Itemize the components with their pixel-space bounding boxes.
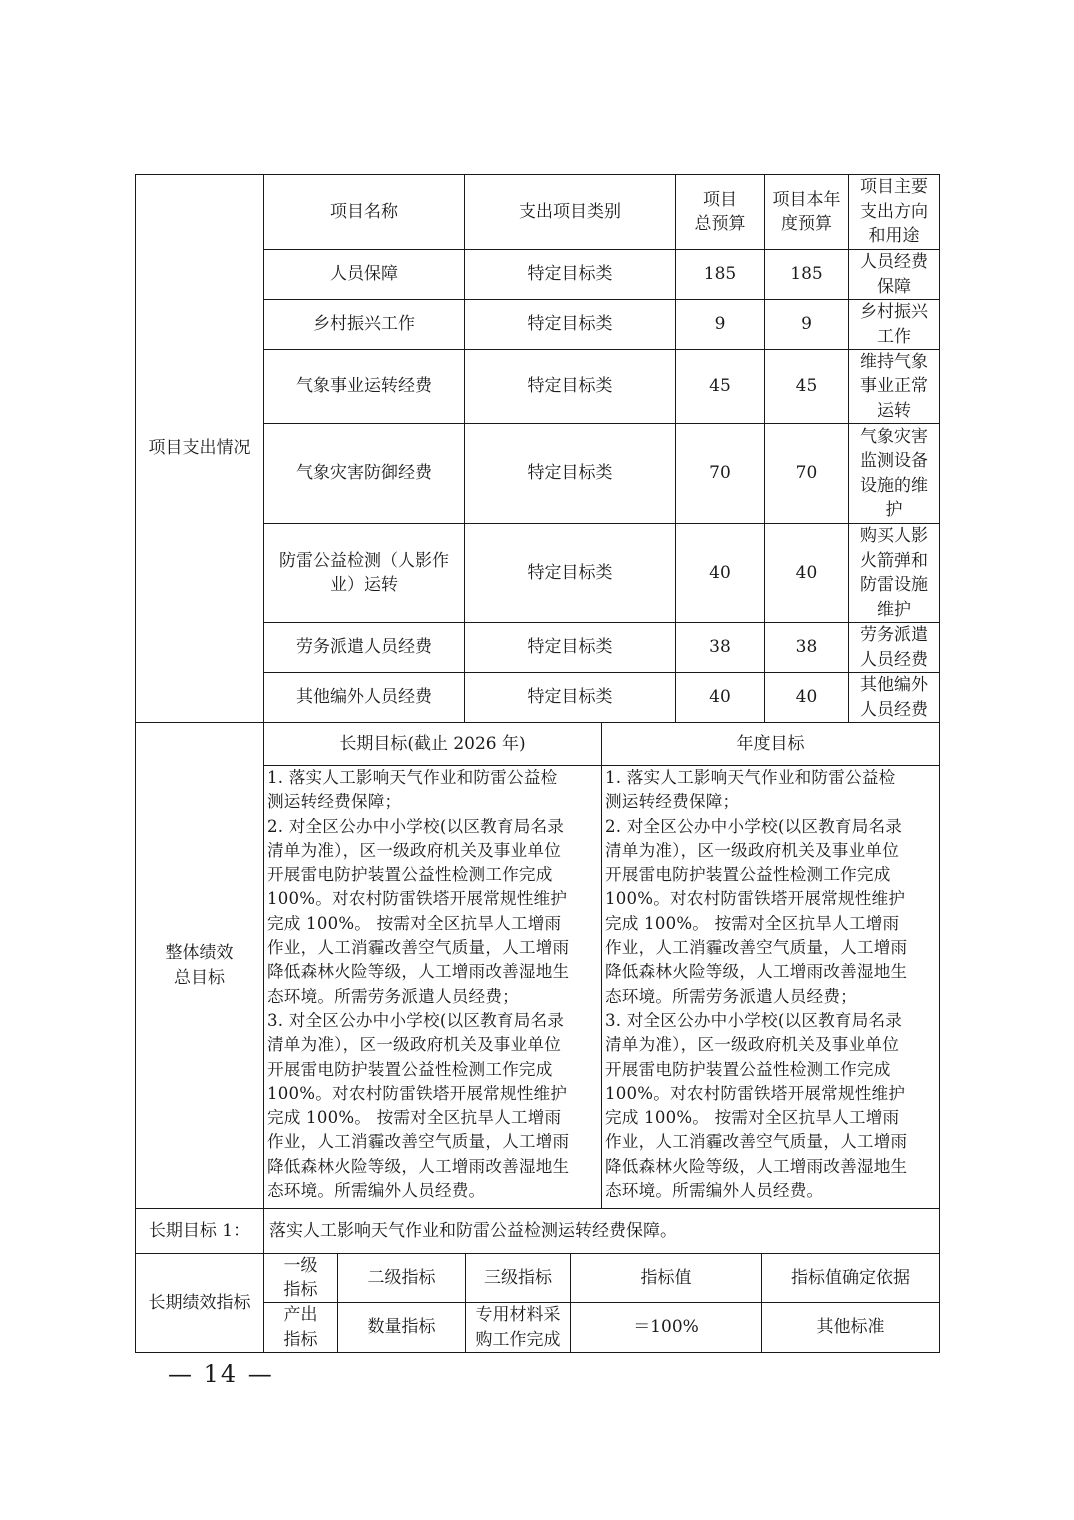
table-row-1-purpose: 乡村振兴工作 <box>848 299 940 350</box>
header-category-text: 支出项目类别 <box>519 200 621 225</box>
project-name-text: 气象灾害防御经费 <box>296 461 432 486</box>
table-row-4-total: 40 <box>675 523 765 623</box>
purpose-line: 其他编外 <box>860 673 928 698</box>
table-row-5-total: 38 <box>675 622 765 673</box>
category-text: 特定目标类 <box>528 685 613 710</box>
annual-goal-text: 1. 落实人工影响天气作业和防雷公益检 测运转经费保障； 2. 对全区公办中小学… <box>602 766 939 1203</box>
total-budget-value: 70 <box>709 461 731 486</box>
indicators-label: 长期绩效指标 <box>135 1253 264 1353</box>
total-budget-value: 45 <box>709 374 731 399</box>
annual-budget-value: 9 <box>801 312 812 337</box>
table-row-2-purpose: 维持气象事业正常运转 <box>848 349 940 424</box>
project-name-text: 其他编外人员经费 <box>296 685 432 710</box>
table-row-2-annual: 45 <box>764 349 849 424</box>
goal-line: 3. 对全区公办中小学校(以区教育局名录 <box>605 1009 936 1033</box>
indicator-row-0-level2: 数量指标 <box>337 1302 466 1353</box>
annual-budget-value: 40 <box>796 685 818 710</box>
project-name-text: 人员保障 <box>330 262 398 287</box>
long-term-goal-1-text-cell: 落实人工影响天气作业和防雷公益检测运转经费保障。 <box>263 1208 940 1254</box>
goal-line: 测运转经费保障； <box>267 790 598 814</box>
goal-line: 作业，人工消霾改善空气质量，人工增雨 <box>605 936 936 960</box>
long-term-goal-1-text: 落实人工影响天气作业和防雷公益检测运转经费保障。 <box>269 1219 677 1244</box>
indicator-value-text: ＝100% <box>633 1315 699 1340</box>
indicator-basis-text: 其他标准 <box>817 1315 885 1340</box>
table-row-6-name: 其他编外人员经费 <box>263 672 465 723</box>
long-term-goal-1-label-text: 长期目标 1： <box>149 1219 250 1244</box>
header-value-text: 指标值 <box>641 1266 692 1291</box>
goal-line: 开展雷电防护装置公益性检测工作完成 <box>605 863 936 887</box>
long-term-goal-header: 长期目标(截止 2026 年) <box>263 722 602 766</box>
goal-line: 3. 对全区公办中小学校(以区教育局名录 <box>267 1009 598 1033</box>
annual-goal-header: 年度目标 <box>601 722 940 766</box>
table-row-6-total: 40 <box>675 672 765 723</box>
table-row-0-category: 特定目标类 <box>464 249 676 300</box>
purpose-line: 劳务派遣 <box>860 623 928 648</box>
header-project-name-text: 项目名称 <box>330 200 398 225</box>
table-row-6-annual: 40 <box>764 672 849 723</box>
table-row-2-name: 气象事业运转经费 <box>263 349 465 424</box>
header-total-budget-line: 总预算 <box>695 212 746 237</box>
project-name-text: 防雷公益检测（人影作 <box>279 549 449 574</box>
header-annual-budget: 项目本年 度预算 <box>764 174 849 250</box>
goal-line: 态环境。所需编外人员经费。 <box>267 1179 598 1203</box>
total-budget-value: 40 <box>709 561 731 586</box>
header-annual-budget-line: 项目本年 <box>773 188 841 213</box>
table-row-5-name: 劳务派遣人员经费 <box>263 622 465 673</box>
goal-line: 1. 落实人工影响天气作业和防雷公益检 <box>605 766 936 790</box>
goal-line: 开展雷电防护装置公益性检测工作完成 <box>605 1058 936 1082</box>
table-row-6-purpose: 其他编外人员经费 <box>848 672 940 723</box>
table-row-1-annual: 9 <box>764 299 849 350</box>
purpose-line: 乡村振兴 <box>860 300 928 325</box>
purpose-line: 人员经费 <box>860 250 928 275</box>
level1-line: 产出 <box>284 1303 318 1328</box>
project-name-text: 气象事业运转经费 <box>296 374 432 399</box>
table-row-1-name: 乡村振兴工作 <box>263 299 465 350</box>
table-row-5-category: 特定目标类 <box>464 622 676 673</box>
purpose-line: 人员经费 <box>860 698 928 723</box>
purpose-line: 运转 <box>877 399 911 424</box>
table-row-4-annual: 40 <box>764 523 849 623</box>
goal-line: 降低森林火险等级，人工增雨改善湿地生 <box>267 1155 598 1179</box>
project-name-text: 业）运转 <box>330 573 398 598</box>
purpose-line: 维护 <box>877 598 911 623</box>
goal-line: 完成 100%。 按需对全区抗旱人工增雨 <box>267 1106 598 1130</box>
purpose-line: 设施的维 <box>860 474 928 499</box>
goal-line: 开展雷电防护装置公益性检测工作完成 <box>267 863 598 887</box>
annual-budget-value: 40 <box>796 561 818 586</box>
category-text: 特定目标类 <box>528 262 613 287</box>
project-name-text: 劳务派遣人员经费 <box>296 635 432 660</box>
goal-line: 清单为准），区一级政府机关及事业单位 <box>605 839 936 863</box>
purpose-line: 监测设备 <box>860 449 928 474</box>
header-total-budget-line: 项目 <box>703 188 737 213</box>
purpose-line: 保障 <box>877 275 911 300</box>
goals-section-label: 整体绩效 总目标 <box>135 722 264 1209</box>
goal-line: 1. 落实人工影响天气作业和防雷公益检 <box>267 766 598 790</box>
total-budget-value: 9 <box>715 312 726 337</box>
purpose-line: 护 <box>886 498 903 523</box>
header-level1-line: 一级 <box>284 1254 318 1279</box>
goal-line: 100%。对农村防雷铁塔开展常规性维护 <box>267 887 598 911</box>
page-number: — 14 — <box>168 1360 274 1388</box>
indicators-label-text: 长期绩效指标 <box>149 1291 251 1316</box>
header-category: 支出项目类别 <box>464 174 676 250</box>
category-text: 特定目标类 <box>528 635 613 660</box>
table-row-2-total: 45 <box>675 349 765 424</box>
purpose-line: 火箭弹和 <box>860 549 928 574</box>
purpose-line: 人员经费 <box>860 648 928 673</box>
long-term-goal-header-text: 长期目标(截止 2026 年) <box>339 732 525 757</box>
table-row-5-purpose: 劳务派遣人员经费 <box>848 622 940 673</box>
level3-line: 专用材料采 <box>476 1303 561 1328</box>
goal-line: 态环境。所需劳务派遣人员经费； <box>267 985 598 1009</box>
table-row-4-name: 防雷公益检测（人影作业）运转 <box>263 523 465 623</box>
header-level2: 二级指标 <box>337 1253 466 1303</box>
header-purpose-line: 和用途 <box>869 224 920 249</box>
goal-line: 态环境。所需编外人员经费。 <box>605 1179 936 1203</box>
goal-line: 清单为准），区一级政府机关及事业单位 <box>267 839 598 863</box>
goals-section-label-line: 总目标 <box>174 966 225 991</box>
header-level3: 三级指标 <box>465 1253 571 1303</box>
header-level2-text: 二级指标 <box>368 1266 436 1291</box>
header-level3-text: 三级指标 <box>484 1266 552 1291</box>
goal-line: 作业，人工消霾改善空气质量，人工增雨 <box>267 1130 598 1154</box>
header-annual-budget-line: 度预算 <box>781 212 832 237</box>
table-row-3-annual: 70 <box>764 423 849 524</box>
indicator-row-0-basis: 其他标准 <box>761 1302 940 1353</box>
header-basis-text: 指标值确定依据 <box>791 1266 910 1291</box>
goal-line: 作业，人工消霾改善空气质量，人工增雨 <box>267 936 598 960</box>
total-budget-value: 38 <box>709 635 731 660</box>
annual-budget-value: 45 <box>796 374 818 399</box>
purpose-line: 防雷设施 <box>860 573 928 598</box>
goal-line: 降低森林火险等级，人工增雨改善湿地生 <box>605 960 936 984</box>
header-purpose: 项目主要 支出方向 和用途 <box>848 174 940 250</box>
table-row-4-purpose: 购买人影火箭弹和防雷设施维护 <box>848 523 940 623</box>
level1-line: 指标 <box>284 1328 318 1353</box>
annual-goal-header-text: 年度目标 <box>737 732 805 757</box>
annual-budget-value: 38 <box>796 635 818 660</box>
goal-line: 降低森林火险等级，人工增雨改善湿地生 <box>267 960 598 984</box>
goal-line: 完成 100%。 按需对全区抗旱人工增雨 <box>267 912 598 936</box>
category-text: 特定目标类 <box>528 561 613 586</box>
table-row-3-name: 气象灾害防御经费 <box>263 423 465 524</box>
table-row-2-category: 特定目标类 <box>464 349 676 424</box>
header-project-name: 项目名称 <box>263 174 465 250</box>
table-row-0-purpose: 人员经费保障 <box>848 249 940 300</box>
table-row-5-annual: 38 <box>764 622 849 673</box>
goal-line: 态环境。所需劳务派遣人员经费； <box>605 985 936 1009</box>
table-row-1-total: 9 <box>675 299 765 350</box>
goal-line: 2. 对全区公办中小学校(以区教育局名录 <box>605 815 936 839</box>
goal-line: 作业，人工消霾改善空气质量，人工增雨 <box>605 1130 936 1154</box>
table-row-3-purpose: 气象灾害监测设备设施的维护 <box>848 423 940 524</box>
annual-budget-value: 185 <box>790 262 822 287</box>
table-row-3-total: 70 <box>675 423 765 524</box>
expense-section-label-text: 项目支出情况 <box>149 436 251 461</box>
header-level1: 一级 指标 <box>263 1253 338 1303</box>
expense-section-label: 项目支出情况 <box>135 174 264 723</box>
category-text: 特定目标类 <box>528 461 613 486</box>
purpose-line: 气象灾害 <box>860 425 928 450</box>
table-row-0-total: 185 <box>675 249 765 300</box>
header-basis: 指标值确定依据 <box>761 1253 940 1303</box>
goal-line: 100%。对农村防雷铁塔开展常规性维护 <box>605 887 936 911</box>
project-name-text: 乡村振兴工作 <box>313 312 415 337</box>
goal-line: 清单为准），区一级政府机关及事业单位 <box>605 1033 936 1057</box>
goal-line: 开展雷电防护装置公益性检测工作完成 <box>267 1058 598 1082</box>
table-row-1-category: 特定目标类 <box>464 299 676 350</box>
level3-line: 购工作完成 <box>476 1328 561 1353</box>
header-total-budget: 项目 总预算 <box>675 174 765 250</box>
table-row-0-annual: 185 <box>764 249 849 300</box>
goal-line: 100%。对农村防雷铁塔开展常规性维护 <box>605 1082 936 1106</box>
table-row-4-category: 特定目标类 <box>464 523 676 623</box>
goal-line: 降低森林火险等级，人工增雨改善湿地生 <box>605 1155 936 1179</box>
purpose-line: 维持气象 <box>860 350 928 375</box>
purpose-line: 购买人影 <box>860 524 928 549</box>
goal-line: 清单为准），区一级政府机关及事业单位 <box>267 1033 598 1057</box>
header-purpose-line: 项目主要 <box>860 175 928 200</box>
long-term-goal-text: 1. 落实人工影响天气作业和防雷公益检 测运转经费保障； 2. 对全区公办中小学… <box>264 766 601 1203</box>
goals-section-label-line: 整体绩效 <box>166 941 234 966</box>
table-row-6-category: 特定目标类 <box>464 672 676 723</box>
indicator-row-0-level3: 专用材料采 购工作完成 <box>465 1302 571 1353</box>
table-row-3-category: 特定目标类 <box>464 423 676 524</box>
goal-line: 完成 100%。 按需对全区抗旱人工增雨 <box>605 912 936 936</box>
goal-line: 完成 100%。 按需对全区抗旱人工增雨 <box>605 1106 936 1130</box>
total-budget-value: 40 <box>709 685 731 710</box>
goal-line: 100%。对农村防雷铁塔开展常规性维护 <box>267 1082 598 1106</box>
indicator-row-0-level1: 产出 指标 <box>263 1302 338 1353</box>
header-level1-line: 指标 <box>284 1278 318 1303</box>
purpose-line: 工作 <box>877 325 911 350</box>
category-text: 特定目标类 <box>528 312 613 337</box>
long-term-goal-1-label: 长期目标 1： <box>135 1208 264 1254</box>
indicator-row-0-value: ＝100% <box>570 1302 762 1353</box>
table-row-0-name: 人员保障 <box>263 249 465 300</box>
purpose-line: 事业正常 <box>860 374 928 399</box>
goal-line: 2. 对全区公办中小学校(以区教育局名录 <box>267 815 598 839</box>
total-budget-value: 185 <box>704 262 736 287</box>
annual-budget-value: 70 <box>796 461 818 486</box>
header-purpose-line: 支出方向 <box>860 200 928 225</box>
goal-line: 测运转经费保障； <box>605 790 936 814</box>
header-value: 指标值 <box>570 1253 762 1303</box>
level2-text: 数量指标 <box>368 1315 436 1340</box>
category-text: 特定目标类 <box>528 374 613 399</box>
